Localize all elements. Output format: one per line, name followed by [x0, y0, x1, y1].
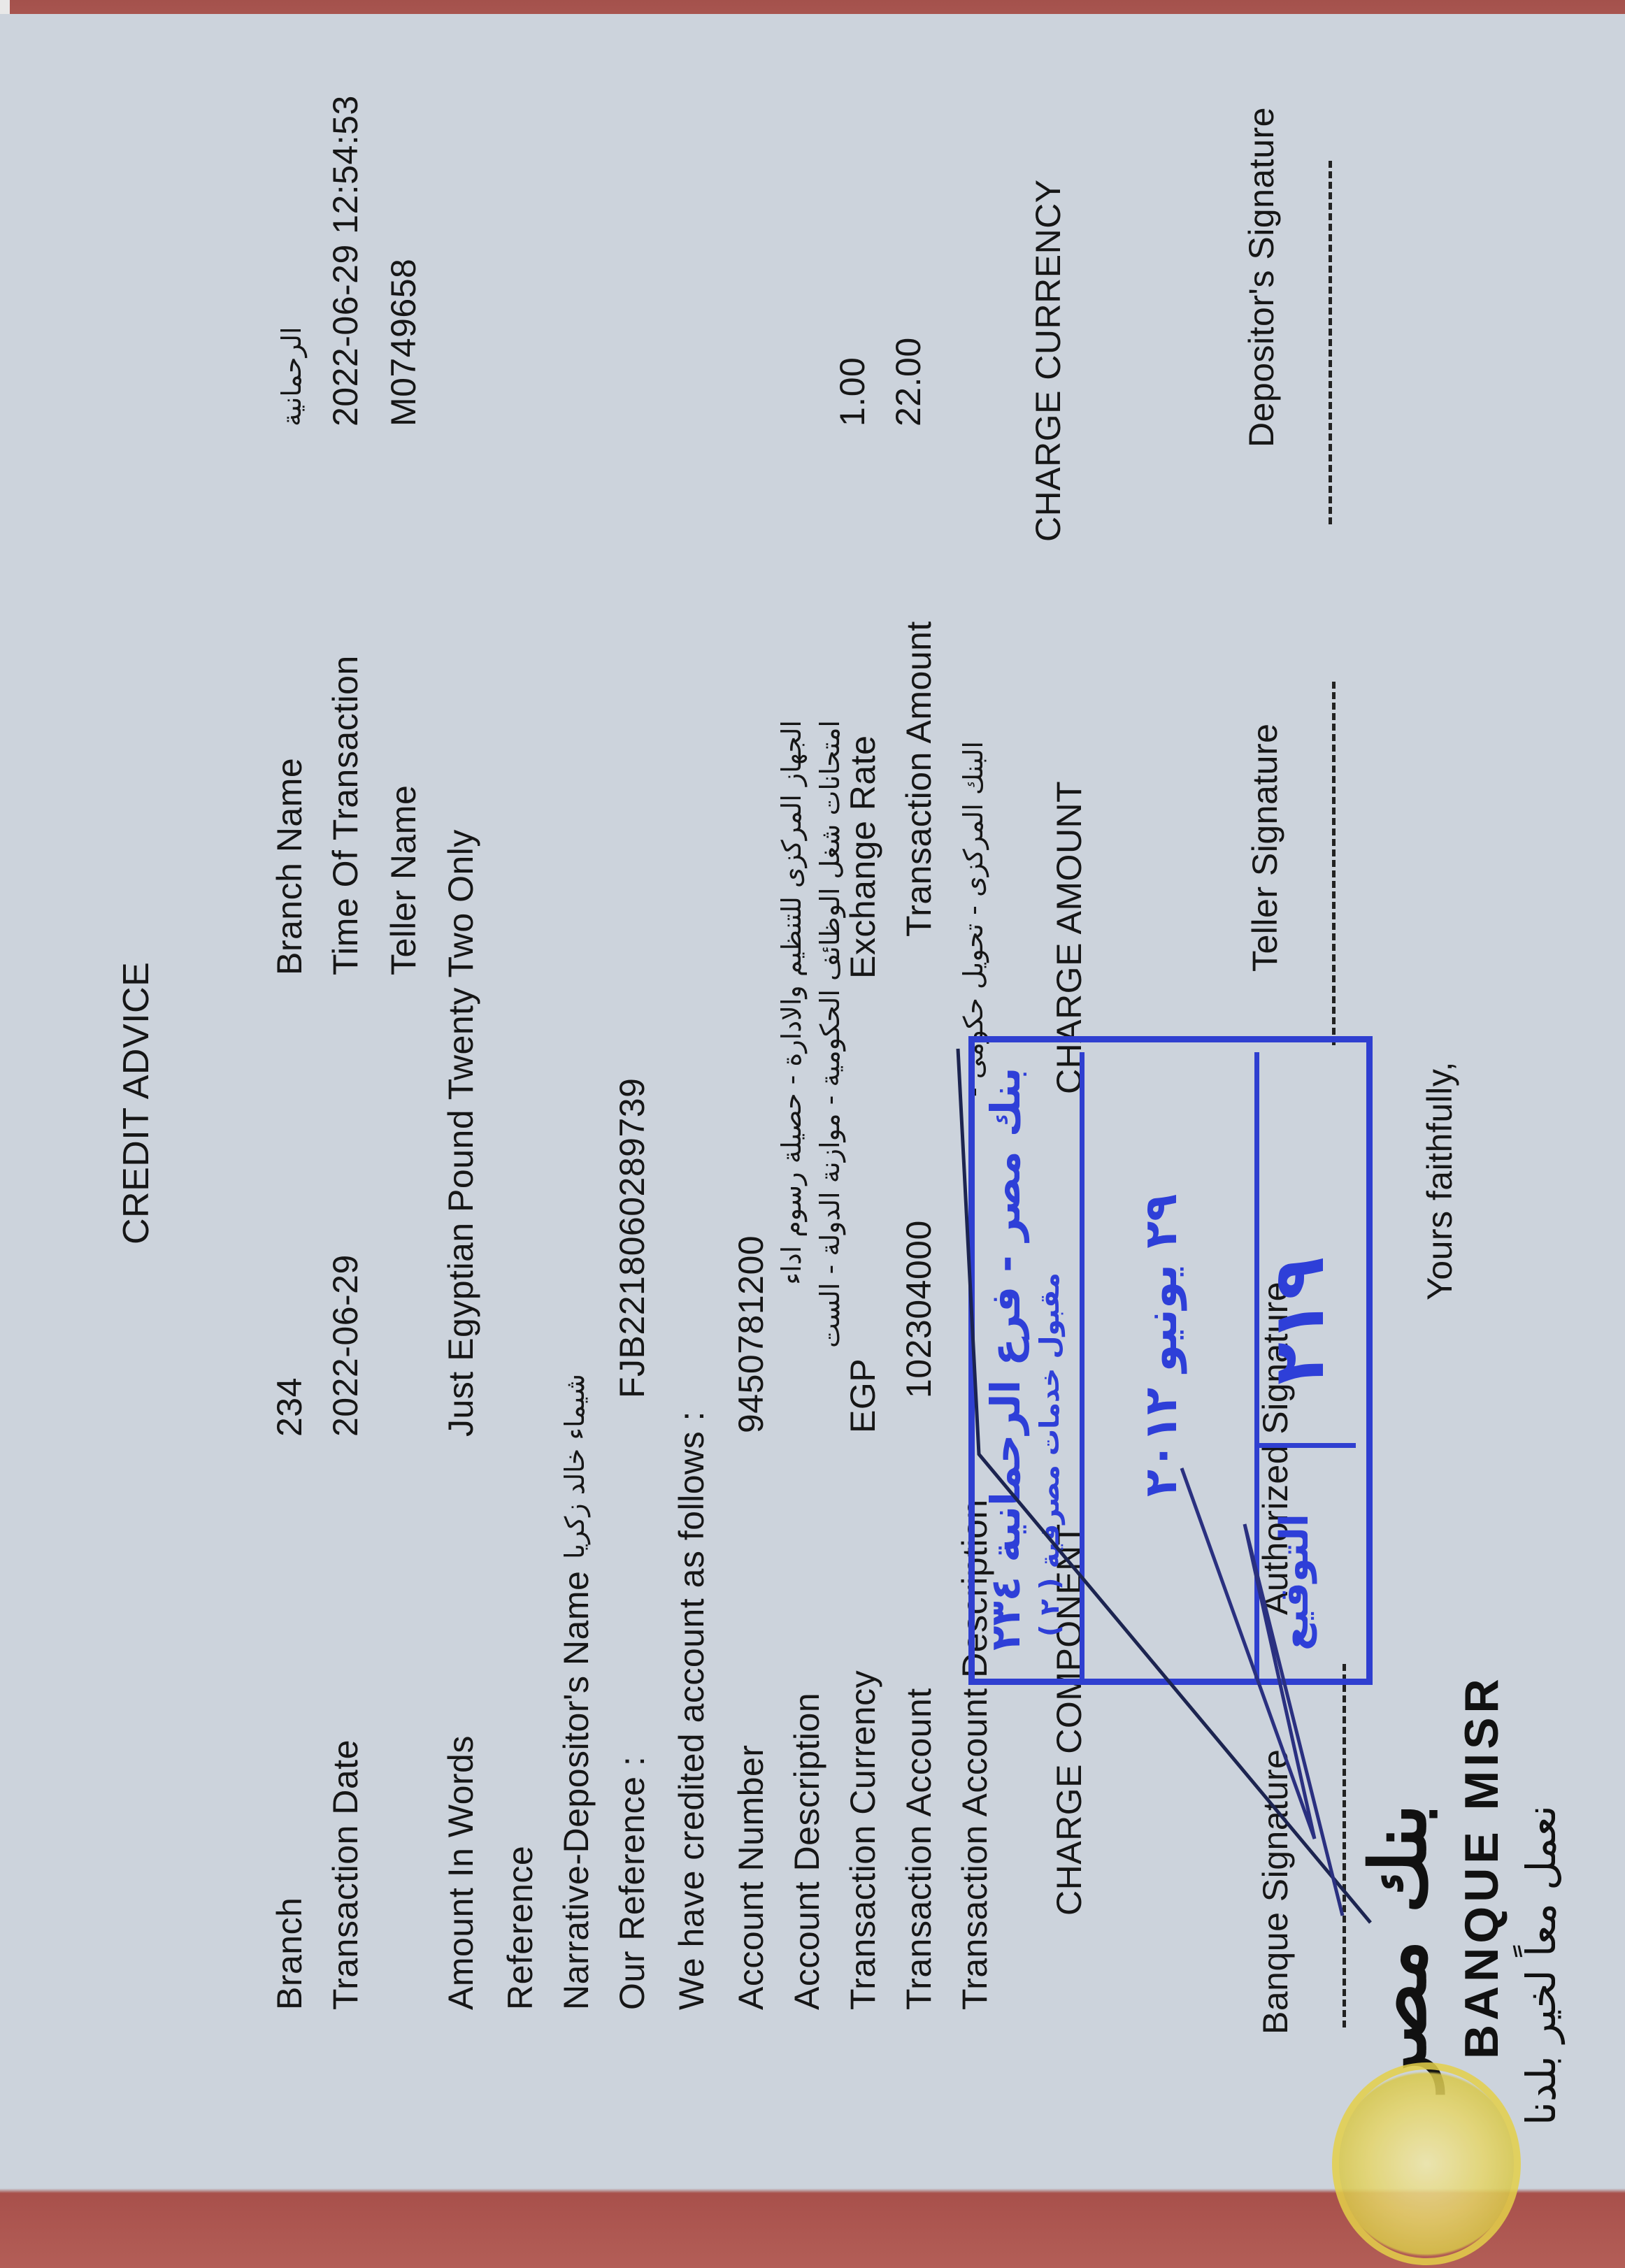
- header-charge-currency: CHARGE CURRENCY: [1028, 179, 1068, 542]
- value-exchange-rate: 1.00: [832, 357, 873, 426]
- value-account-number: 9450781200: [731, 1235, 771, 1433]
- label-transaction-currency: Transaction Currency: [843, 1670, 883, 2010]
- value-our-reference: FJB2218060289739: [612, 1078, 652, 1398]
- value-teller-name: M0749658: [383, 259, 424, 426]
- value-transaction-date: 2022-06-29: [325, 1254, 366, 1437]
- value-amount-in-words: Just Egyptian Pound Twenty Two Only: [441, 829, 481, 1437]
- value-account-description-line2: امتحانات شغل الوظائف الحكومية - موازنة ا…: [815, 720, 845, 1433]
- label-transaction-amount: Transaction Amount: [899, 621, 939, 937]
- label-depositor-signature: Depositor's Signature: [1241, 107, 1282, 447]
- label-branch: Branch: [269, 1897, 310, 2010]
- document-title: CREDIT ADVICE: [115, 962, 157, 1244]
- value-transaction-amount: 22.00: [888, 337, 929, 426]
- label-transaction-date: Transaction Date: [325, 1739, 366, 2010]
- label-reference: Reference: [500, 1846, 541, 2010]
- value-time-of-transaction: 2022-06-29 12:54:53: [325, 95, 366, 426]
- credited-statement: We have credited account as follows :: [671, 1411, 712, 2010]
- value-transaction-currency: EGP: [843, 1358, 883, 1433]
- label-our-reference: Our Reference :: [612, 1756, 652, 2010]
- brand-slogan: نعمل معاً لخير بلدنا: [1517, 1805, 1565, 2125]
- value-branch: 234: [269, 1377, 310, 1437]
- label-depositor-name: Narrative-Depositor's Name: [556, 1571, 596, 2010]
- label-account-description: Account Description: [787, 1693, 827, 2010]
- credit-advice-document: CREDIT ADVICE Branch 234 Transaction Dat…: [0, 14, 1625, 2188]
- value-account-description-line1: الجهاز المركزى للتنظيم والادارة - حصيلة …: [776, 720, 807, 1433]
- label-exchange-rate: Exchange Rate: [843, 735, 883, 979]
- banque-misr-emblem-icon: [1332, 2062, 1521, 2265]
- label-teller-name: Teller Name: [383, 785, 424, 975]
- teller-signature-line: [1332, 682, 1336, 1045]
- label-teller-signature: Teller Signature: [1245, 724, 1285, 972]
- label-time-of-transaction: Time Of Transaction: [325, 655, 366, 975]
- depositor-signature-line: [1329, 161, 1332, 524]
- value-branch-name: الرحمانية: [276, 326, 307, 426]
- label-account-number: Account Number: [731, 1745, 771, 2010]
- banque-misr-arabic-logo: بنك مصر: [1353, 1804, 1443, 2090]
- handwritten-signature: [951, 1035, 1384, 1944]
- label-amount-in-words: Amount In Words: [441, 1735, 481, 2010]
- banque-misr-english-logo: BANQUE MISR: [1454, 1674, 1509, 2059]
- label-branch-name: Branch Name: [269, 758, 310, 975]
- label-transaction-account: Transaction Account: [899, 1688, 939, 2010]
- value-transaction-account: 102304000: [899, 1220, 939, 1398]
- value-depositor-name: شيماء خالد زكريا: [559, 1374, 590, 1559]
- closing-text: Yours faithfully,: [1419, 1061, 1460, 1300]
